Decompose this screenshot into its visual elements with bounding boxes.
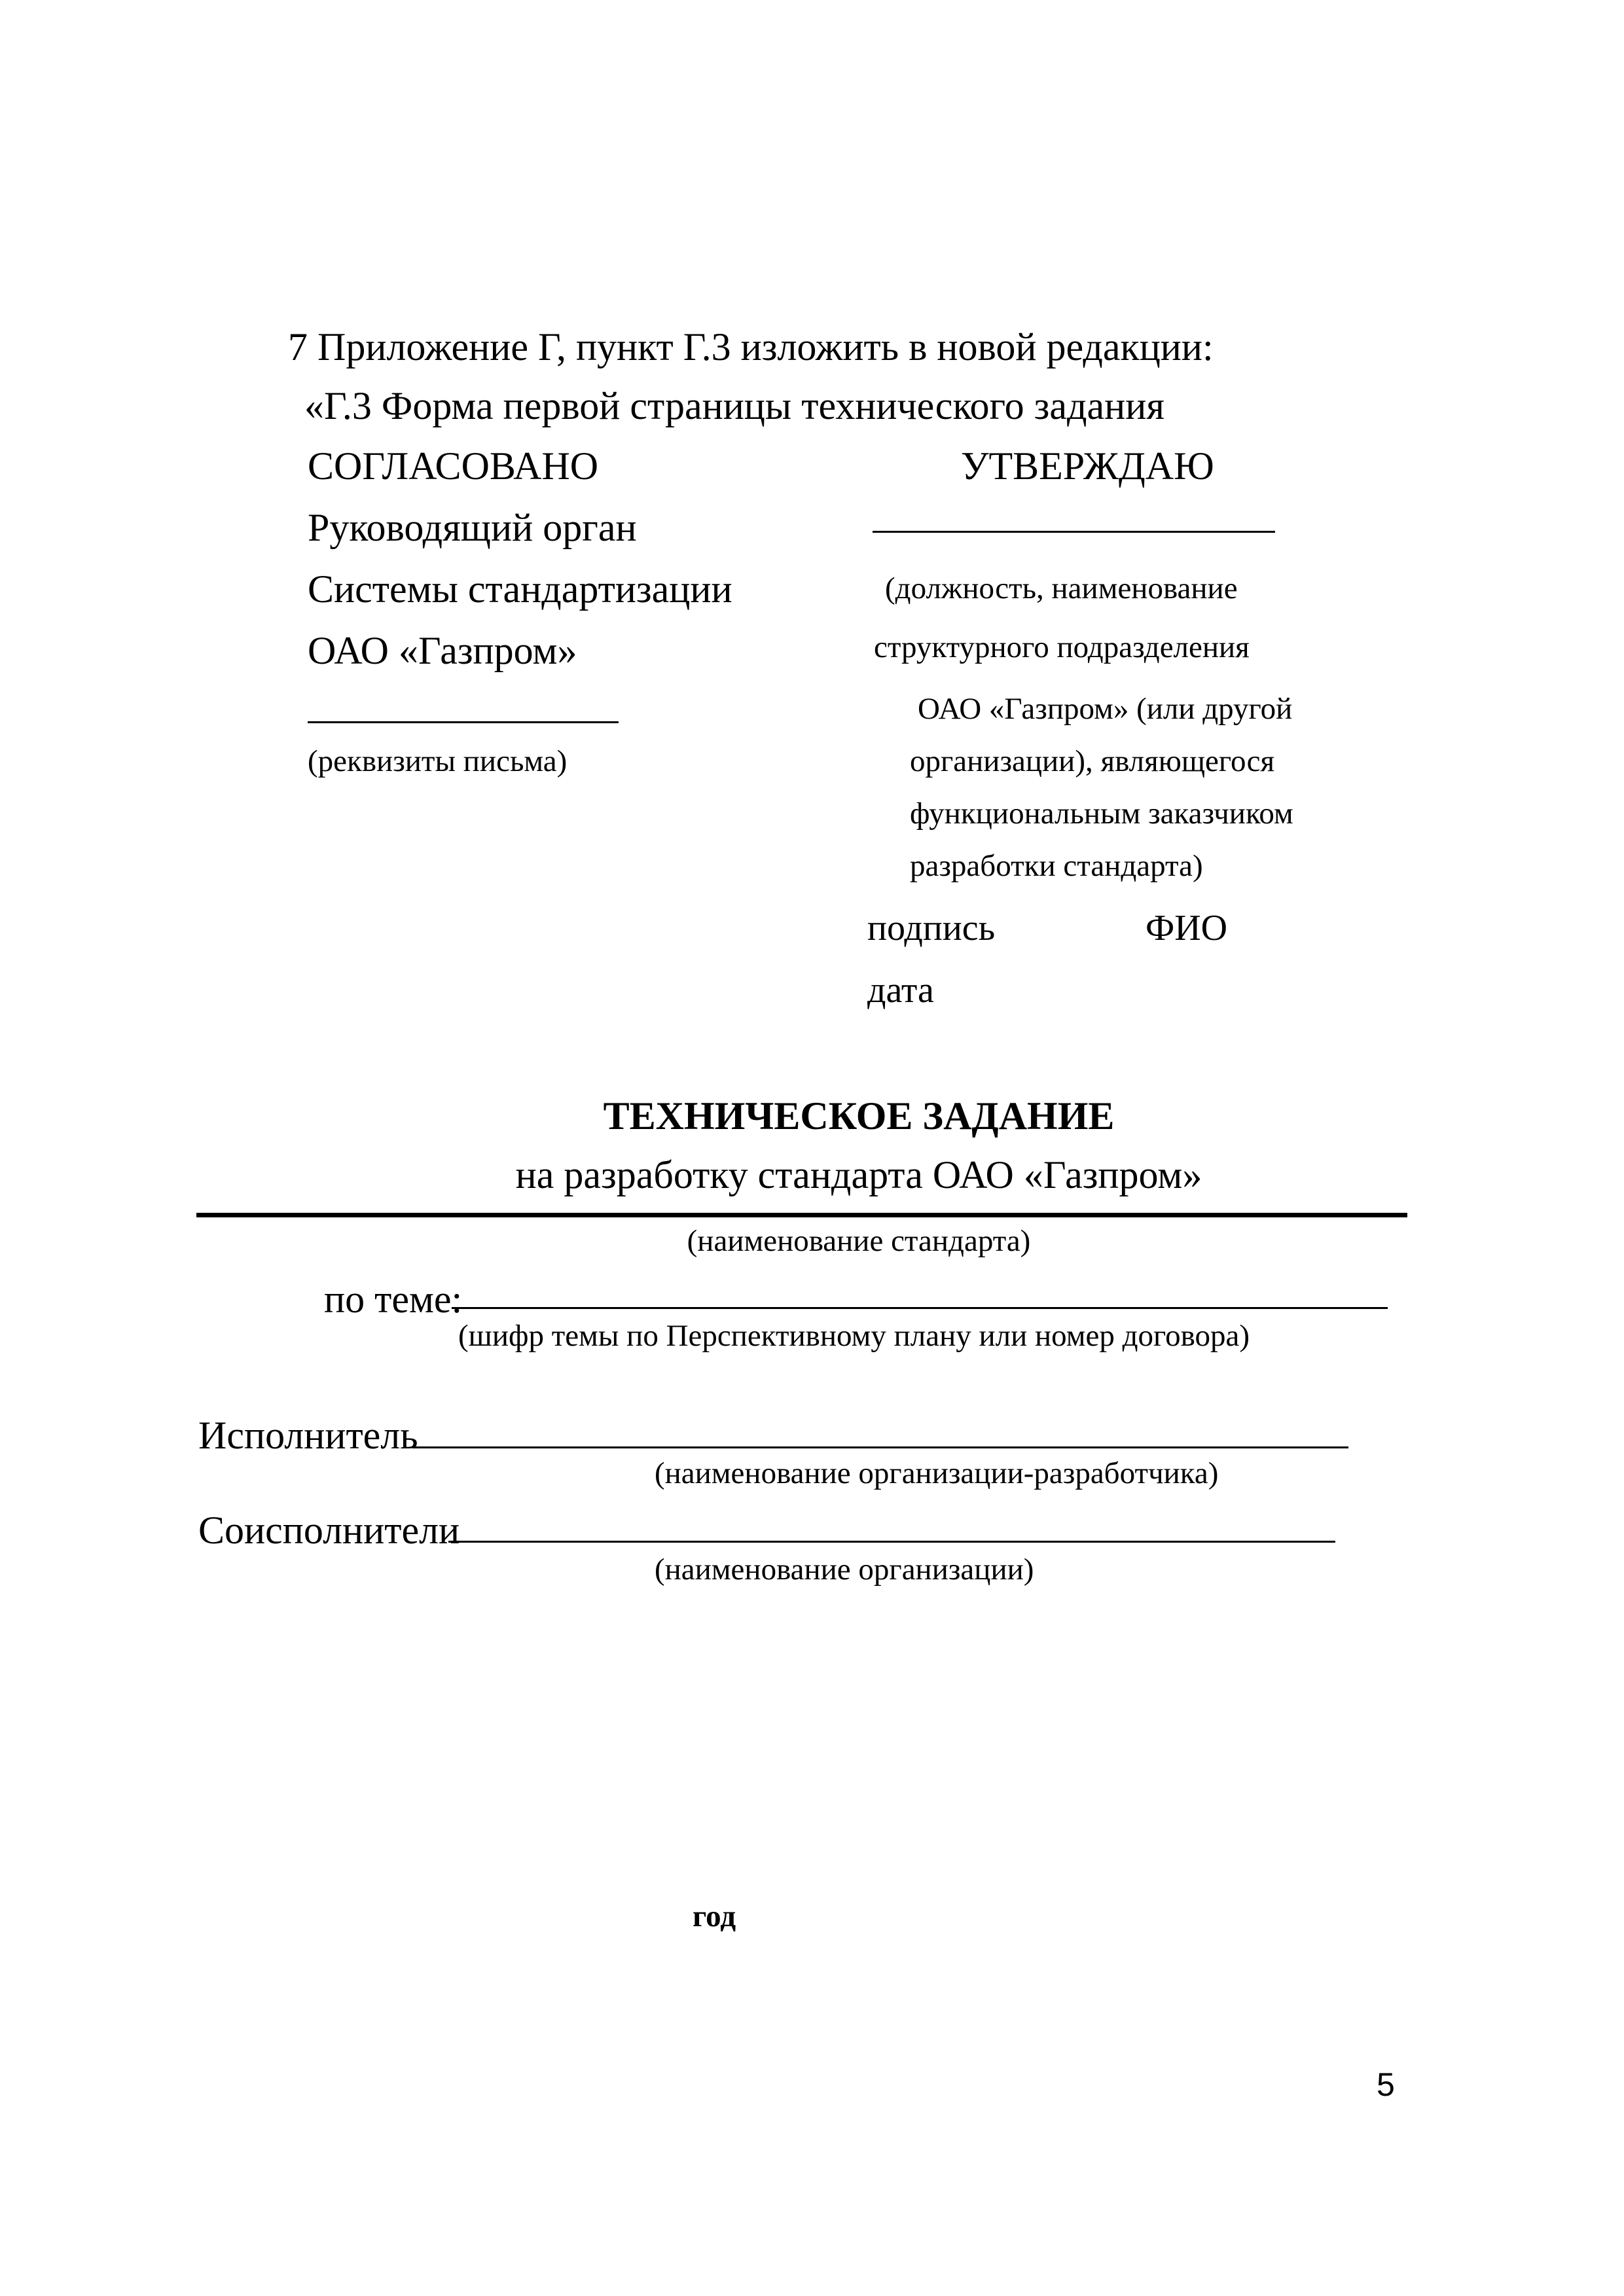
approve-caption-4: организации), являющегося [910,746,1274,777]
standard-name-caption: (наименование стандарта) [687,1226,1031,1257]
approve-caption-1: (должность, наименование [885,573,1238,604]
page-number: 5 [1377,2068,1395,2101]
co-executors-caption: (наименование организации) [655,1554,1034,1585]
form-heading: «Г.3 Форма первой страницы технического … [304,386,1164,425]
agreed-line-3: ОАО «Газпром» [308,631,577,670]
signature-label: подпись [867,910,995,946]
agreed-title: СОГЛАСОВАНО [308,446,598,486]
approve-signature-line [873,531,1275,533]
approve-caption-3: ОАО «Газпром» (или другой [918,694,1292,725]
agreed-signature-caption: (реквизиты письма) [308,746,567,777]
approve-title: УТВЕРЖДАЮ [961,446,1214,486]
approve-caption-6: разработки стандарта) [910,851,1203,882]
topic-line [452,1307,1388,1309]
agreed-line-2: Системы стандартизации [308,569,732,609]
date-label: дата [867,972,934,1009]
intro-line: 7 Приложение Г, пункт Г.3 изложить в нов… [288,327,1214,367]
topic-caption: (шифр темы по Перспективному плану или н… [458,1321,1250,1352]
agreed-signature-line [308,721,619,723]
main-title: ТЕХНИЧЕСКОЕ ЗАДАНИЕ [604,1096,1115,1136]
year-label: год [693,1901,736,1932]
executor-caption: (наименование организации-разработчика) [655,1458,1218,1489]
co-executors-label: Соисполнители [198,1511,460,1550]
standard-name-line [196,1213,1407,1217]
agreed-line-1: Руководящий орган [308,508,637,547]
executor-label: Исполнитель [198,1416,418,1455]
name-label: ФИО [1146,910,1227,946]
approve-caption-2: структурного подразделения [874,632,1250,663]
executor-line [412,1446,1348,1448]
subtitle: на разработку стандарта ОАО «Газпром» [516,1155,1202,1194]
co-executors-line [448,1541,1335,1543]
approve-caption-5: функциональным заказчиком [910,798,1293,829]
topic-label: по теме: [324,1280,462,1319]
